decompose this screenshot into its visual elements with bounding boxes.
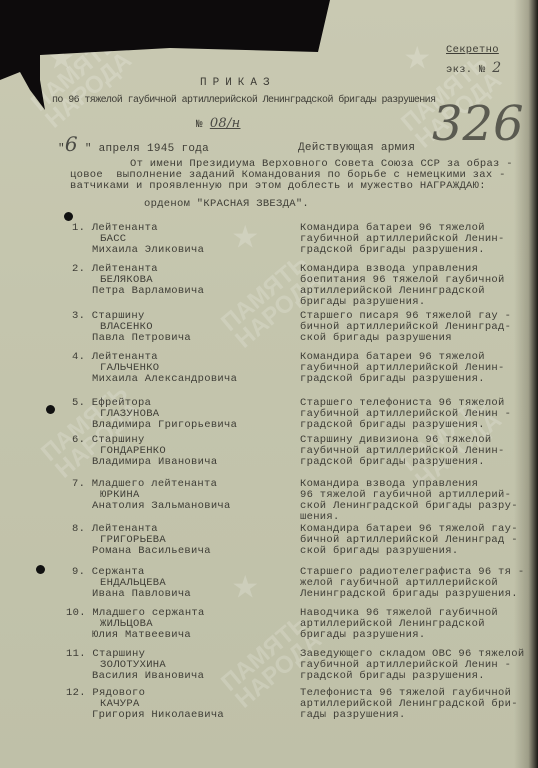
recipient-given-name: Владимира Ивановича <box>92 456 217 468</box>
ink-blot <box>64 212 73 221</box>
recipient-position-line: градской бригады разрушения. <box>300 244 485 256</box>
watermark: ПАМЯТЬНАРОДА <box>28 32 136 132</box>
watermark-star-icon: ★ <box>232 215 259 259</box>
recipient-rank: 7. Младшего лейтенанта <box>72 478 217 490</box>
recipient-given-name: Петра Варламовича <box>92 285 204 297</box>
preamble-line: ватчиками и проявленную при этом доблест… <box>70 180 486 192</box>
recipient-given-name: Григория Николаевича <box>92 709 224 721</box>
recipient-given-name: Владимира Григорьевича <box>92 419 237 431</box>
recipient-position-line: ской бригады разрушения. <box>300 545 458 557</box>
watermark-star-icon: ★ <box>232 565 259 609</box>
recipient-given-name: Анатолия Зальмановича <box>92 500 231 512</box>
order-title: ПРИКАЗ <box>200 77 276 89</box>
ink-blot <box>36 565 45 574</box>
order-subtitle: по 96 тяжелой гаубичной артиллерийской Л… <box>52 95 435 107</box>
handwritten-mark: 326 <box>432 96 524 152</box>
document-page: ★ ПАМЯТЬНАРОДА ★ ПАМЯТЬНАРОДА ★ ПАМЯТЬНА… <box>0 0 538 768</box>
recipient-position-line: шения. <box>300 511 340 523</box>
recipient-position-line: градской бригады разрушения. <box>300 456 485 468</box>
recipient-given-name: Романа Васильевича <box>92 545 211 557</box>
recipient-position-line: Ленинградской бригады разрушения. <box>300 588 518 600</box>
ink-blot <box>46 405 55 414</box>
recipient-position-line: градской бригады разрушения. <box>300 670 485 682</box>
recipient-given-name: Михаила Александровича <box>92 373 237 385</box>
recipient-given-name: Михаила Эликовича <box>92 244 204 256</box>
recipient-position-line: бригады разрушения. <box>300 629 425 641</box>
order-number: № 08/н <box>196 118 241 131</box>
recipient-given-name: Ивана Павловича <box>92 588 191 600</box>
recipient-position-line: градской бригады разрушения. <box>300 373 485 385</box>
order-date: "6 " апреля 1945 года <box>58 138 209 155</box>
recipient-given-name: Юлия Матвеевича <box>92 629 191 641</box>
order-location: Действующая армия <box>298 142 415 154</box>
award-heading: орденом "КРАСНАЯ ЗВЕЗДА". <box>144 198 309 210</box>
recipient-given-name: Василия Ивановича <box>92 670 204 682</box>
recipient-position-line: ской бригады разрушения <box>300 332 452 344</box>
classification-label: Секретно <box>446 44 499 56</box>
recipient-position-line: градской бригады разрушения. <box>300 419 485 431</box>
recipient-given-name: Павла Петровича <box>92 332 191 344</box>
recipient-position-line: бригады разрушения. <box>300 296 425 308</box>
recipient-position-line: гады разрушения. <box>300 709 406 721</box>
copy-number: экз. № 2 <box>446 62 501 76</box>
watermark-star-icon: ★ <box>404 36 431 80</box>
